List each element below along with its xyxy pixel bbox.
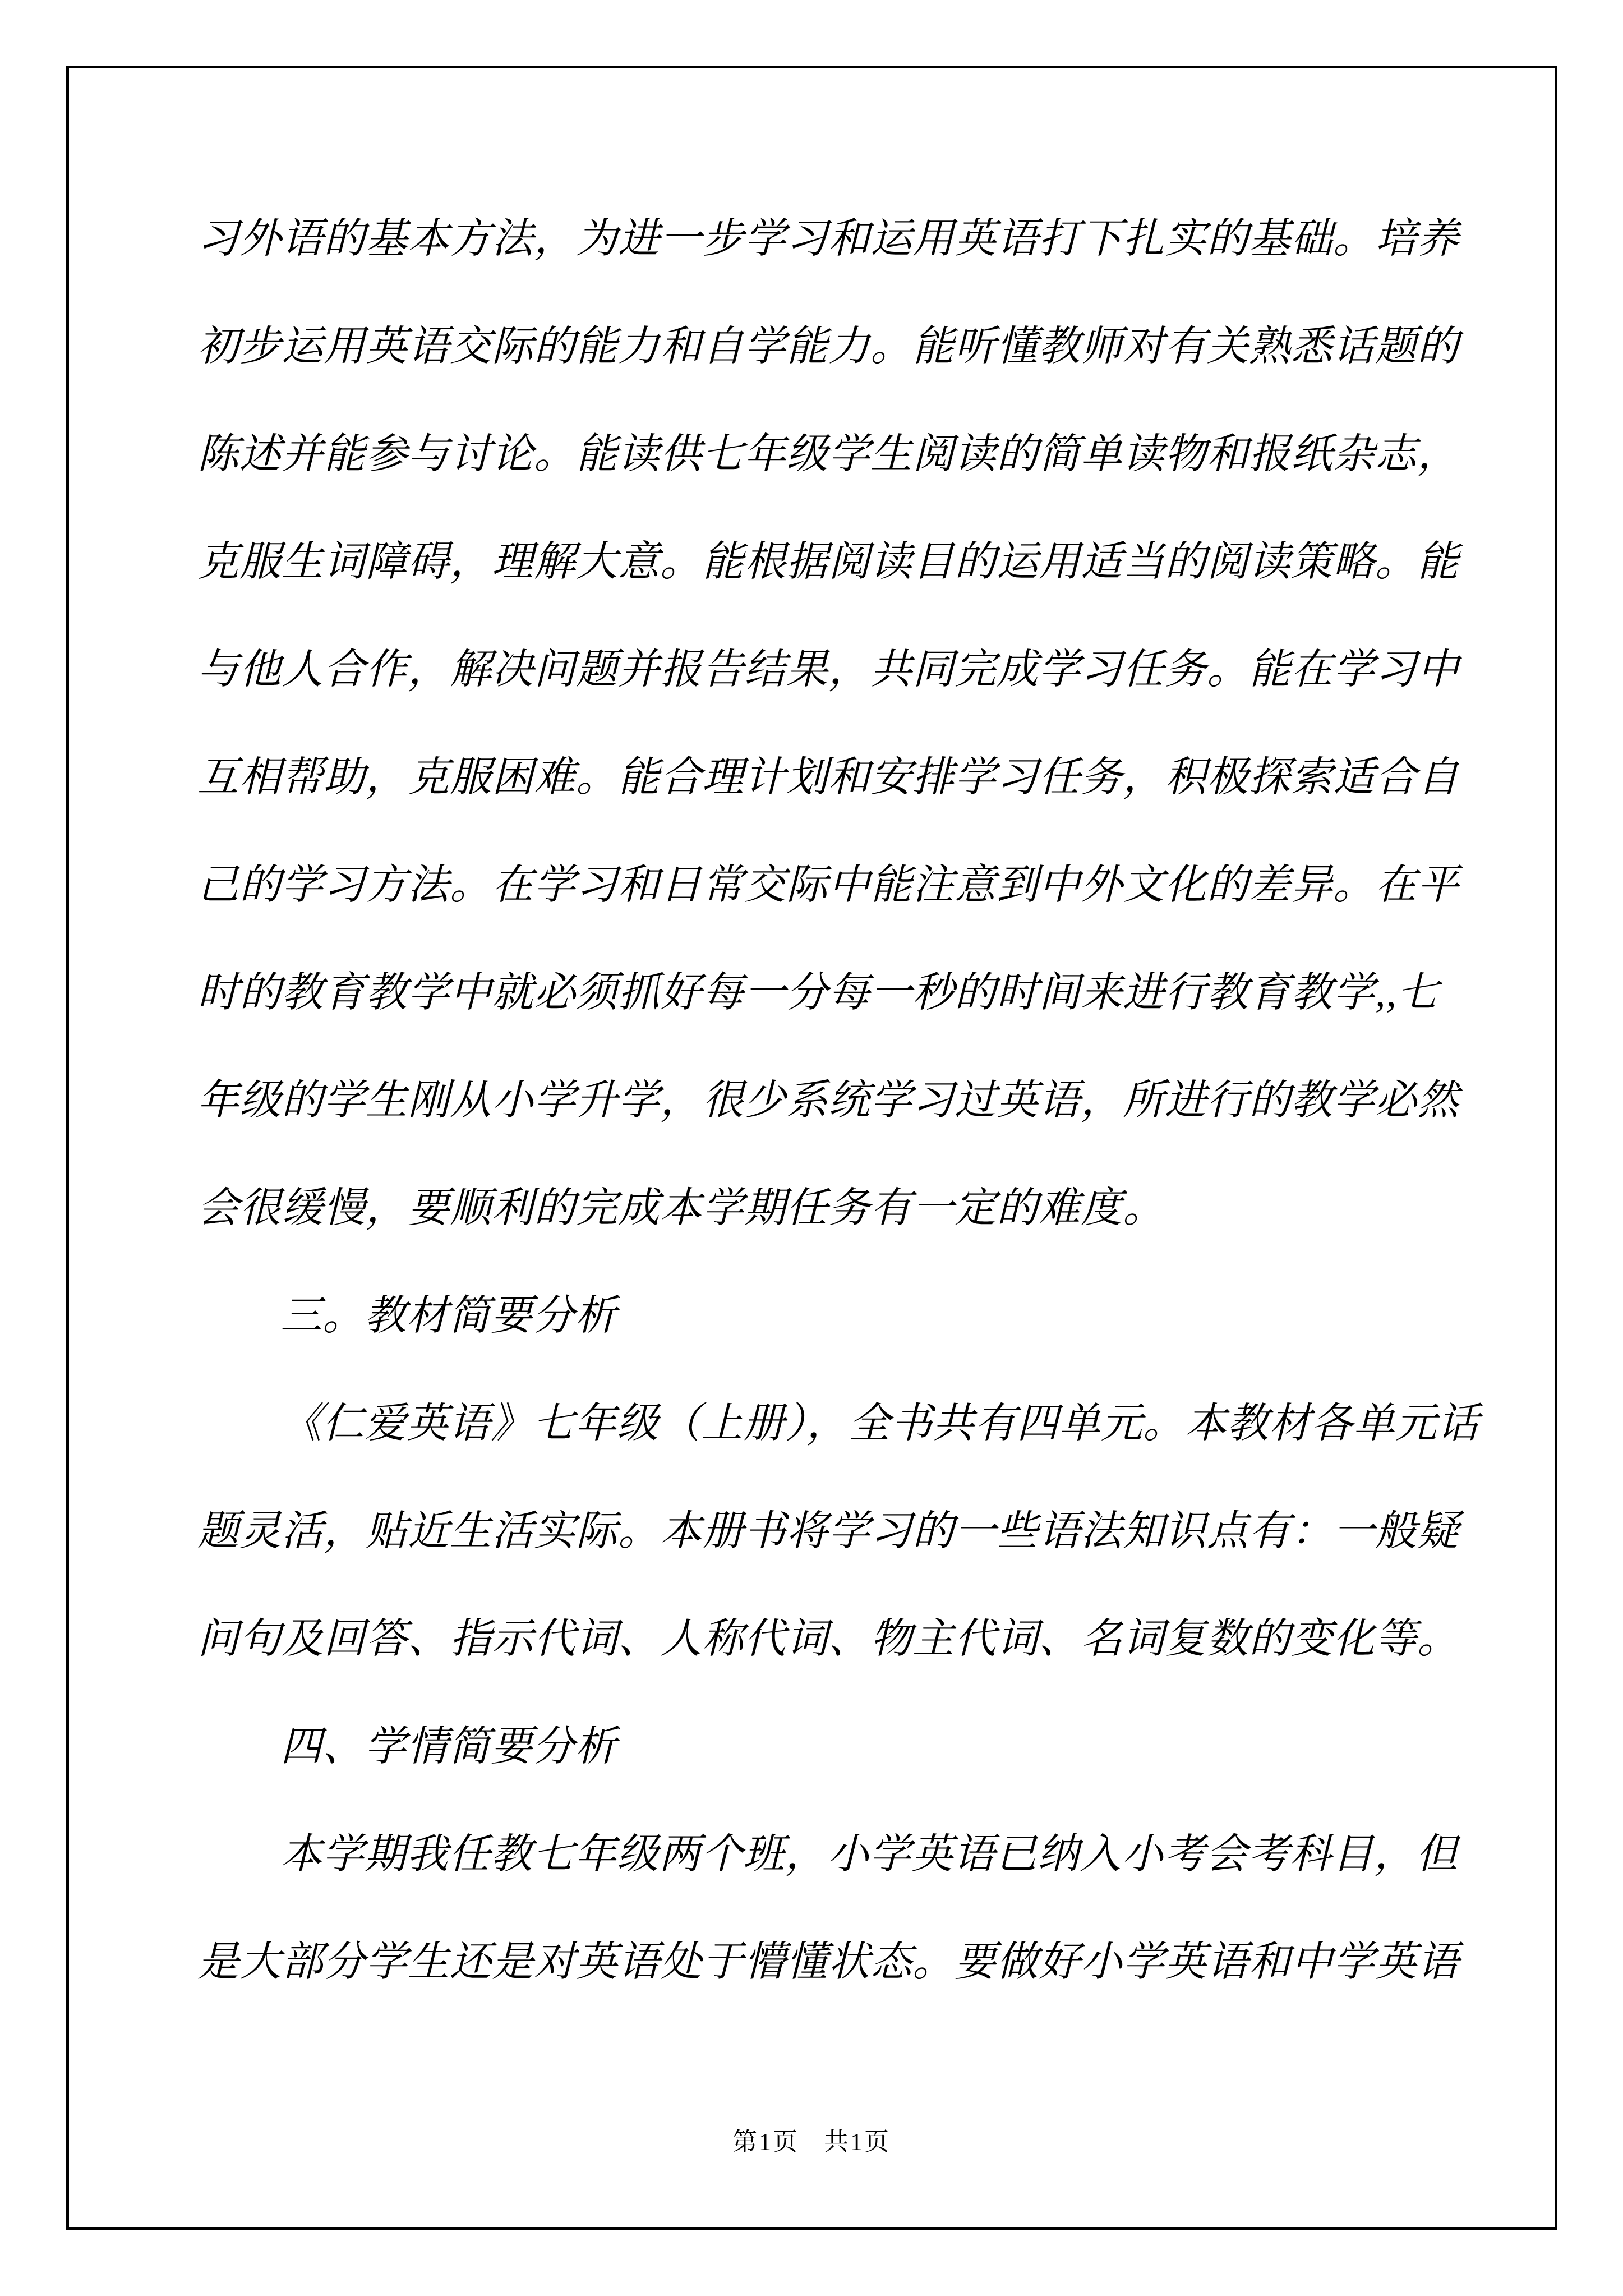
text-line: 初步运用英语交际的能力和自学能力。能听懂教师对有关熟悉话题的: [197, 293, 1454, 401]
document-body: 习外语的基本方法，为进一步学习和运用英语打下扎实的基础。培养 初步运用英语交际的…: [197, 185, 1454, 2016]
text-line: 己的学习方法。在学习和日常交际中能注意到中外文化的差异。在平: [197, 831, 1454, 939]
text-line: 问句及回答、指示代词、人称代词、物主代词、名词复数的变化等。: [197, 1585, 1454, 1693]
section-heading-line: 三。教材简要分析: [197, 1262, 1454, 1370]
text-line: 年级的学生刚从小学升学，很少系统学习过英语，所进行的教学必然: [197, 1047, 1454, 1154]
text-line: 时的教育教学中就必须抓好每一分每一秒的时间来进行教育教学,,七: [197, 939, 1454, 1047]
text-line: 题灵活，贴近生活实际。本册书将学习的一些语法知识点有：一般疑: [197, 1478, 1454, 1585]
page-number-current: 第1页: [732, 2128, 799, 2156]
text-line: 与他人合作，解决问题并报告结果，共同完成学习任务。能在学习中: [197, 616, 1454, 724]
text-line: 互相帮助，克服困难。能合理计划和安排学习任务，积极探索适合自: [197, 724, 1454, 831]
page-footer: 第1页共1页: [0, 2122, 1623, 2157]
text-line: 陈述并能参与讨论。能读供七年级学生阅读的简单读物和报纸杂志，: [197, 401, 1454, 508]
text-line: 是大部分学生还是对英语处于懵懂状态。要做好小学英语和中学英语: [197, 1908, 1454, 2016]
text-line: 本学期我任教七年级两个班，小学英语已纳入小考会考科目，但: [197, 1801, 1454, 1908]
text-line: 克服生词障碍，理解大意。能根据阅读目的运用适当的阅读策略。能: [197, 508, 1454, 616]
text-line: 习外语的基本方法，为进一步学习和运用英语打下扎实的基础。培养: [197, 185, 1454, 293]
page-count-total: 共1页: [824, 2128, 891, 2156]
text-line: 会很缓慢，要顺利的完成本学期任务有一定的难度。: [197, 1154, 1454, 1262]
text-line: 《仁爱英语》七年级（上册），全书共有四单元。本教材各单元话: [197, 1370, 1454, 1478]
document-page: 习外语的基本方法，为进一步学习和运用英语打下扎实的基础。培养 初步运用英语交际的…: [0, 0, 1623, 2296]
section-heading-line: 四、学情简要分析: [197, 1693, 1454, 1801]
